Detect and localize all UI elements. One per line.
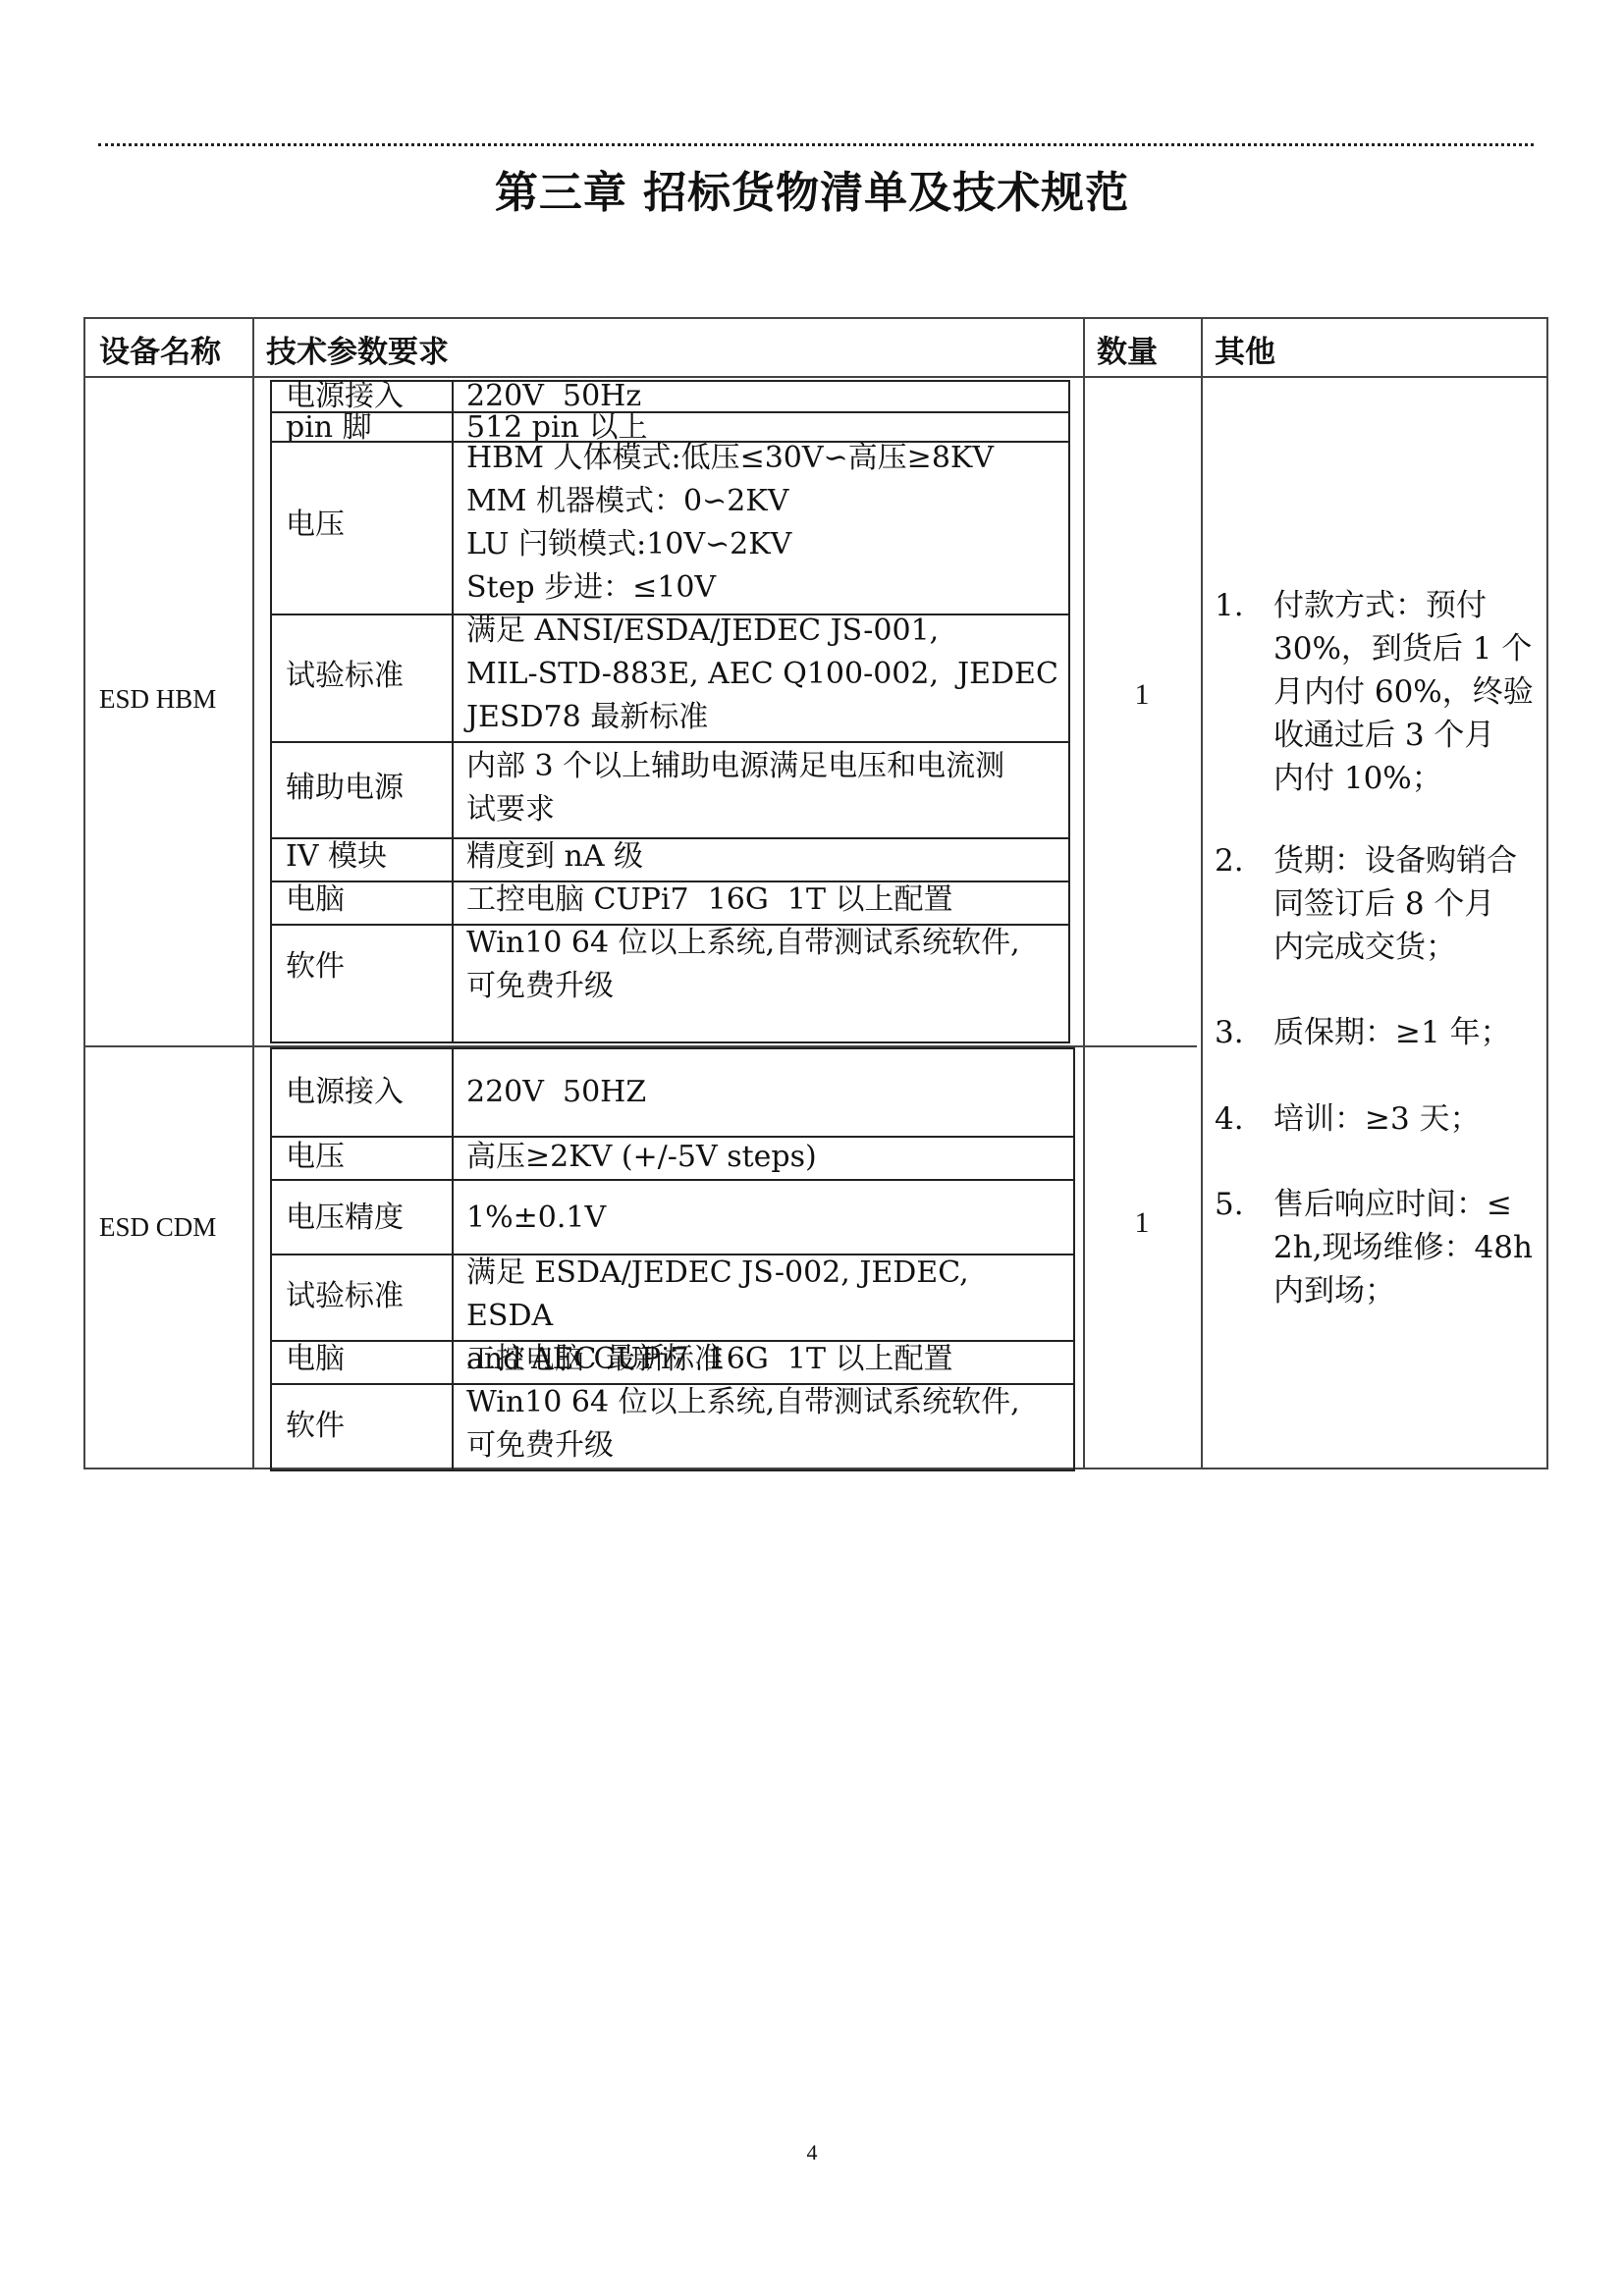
- col-divider: [1201, 319, 1203, 1468]
- col-divider: [252, 319, 254, 1468]
- quantity-hbm: 1: [1083, 678, 1201, 712]
- param-row: 试验标准 满足 ANSI/ESDA/JEDEC JS-001, MIL-STD-…: [272, 614, 1068, 743]
- col-header-others: 其他: [1215, 327, 1275, 371]
- device-name-cdm: ESD CDM: [99, 1212, 216, 1243]
- param-row: 试验标准 满足 ESDA/JEDEC JS-002, JEDEC, ESDA a…: [272, 1254, 1073, 1342]
- col-divider: [1083, 319, 1085, 1468]
- hbm-params-table: 电源接入 220V 50Hz pin 脚 512 pin 以上 电压 HBM 人…: [270, 380, 1070, 1043]
- param-row: 电脑 工控电脑 CUPi7 16G 1T 以上配置: [272, 881, 1068, 926]
- param-row: 电脑 工控电脑 CUPi7 16G 1T 以上配置: [272, 1340, 1073, 1385]
- device-name-hbm: ESD HBM: [99, 684, 216, 715]
- col-header-qty: 数量: [1097, 327, 1158, 371]
- goods-spec-table: 设备名称 技术参数要求 数量 其他 ESD HBM 1 电源接入 220V 50…: [83, 317, 1548, 1469]
- cdm-params-table: 电源接入 220V 50HZ 电压 高压≥2KV (+/-5V steps) 电…: [270, 1047, 1075, 1471]
- page-number: 4: [0, 2140, 1624, 2165]
- param-row: 电源接入 220V 50HZ: [272, 1049, 1073, 1136]
- param-row: IV 模块 精度到 nA 级: [272, 837, 1068, 882]
- quantity-cdm: 1: [1083, 1206, 1201, 1240]
- param-row: 辅助电源 内部 3 个以上辅助电源满足电压和电流测 试要求: [272, 741, 1068, 839]
- col-header-params: 技术参数要求: [266, 327, 449, 371]
- col-header-device: 设备名称: [99, 327, 221, 371]
- header-dotted-rule: [98, 143, 1534, 146]
- page-title: 第三章 招标货物清单及技术规范: [0, 157, 1624, 220]
- param-row: 软件 Win10 64 位以上系统,自带测试系统软件, 可免费升级: [272, 924, 1068, 1043]
- param-row: 电压 HBM 人体模式:低压≤30V∽高压≥8KV MM 机器模式：0∽2KV …: [272, 441, 1068, 615]
- param-row: 电压精度 1%±0.1V: [272, 1179, 1073, 1255]
- param-row: 软件 Win10 64 位以上系统,自带测试系统软件, 可免费升级: [272, 1383, 1073, 1473]
- param-row: 电压 高压≥2KV (+/-5V steps): [272, 1136, 1073, 1181]
